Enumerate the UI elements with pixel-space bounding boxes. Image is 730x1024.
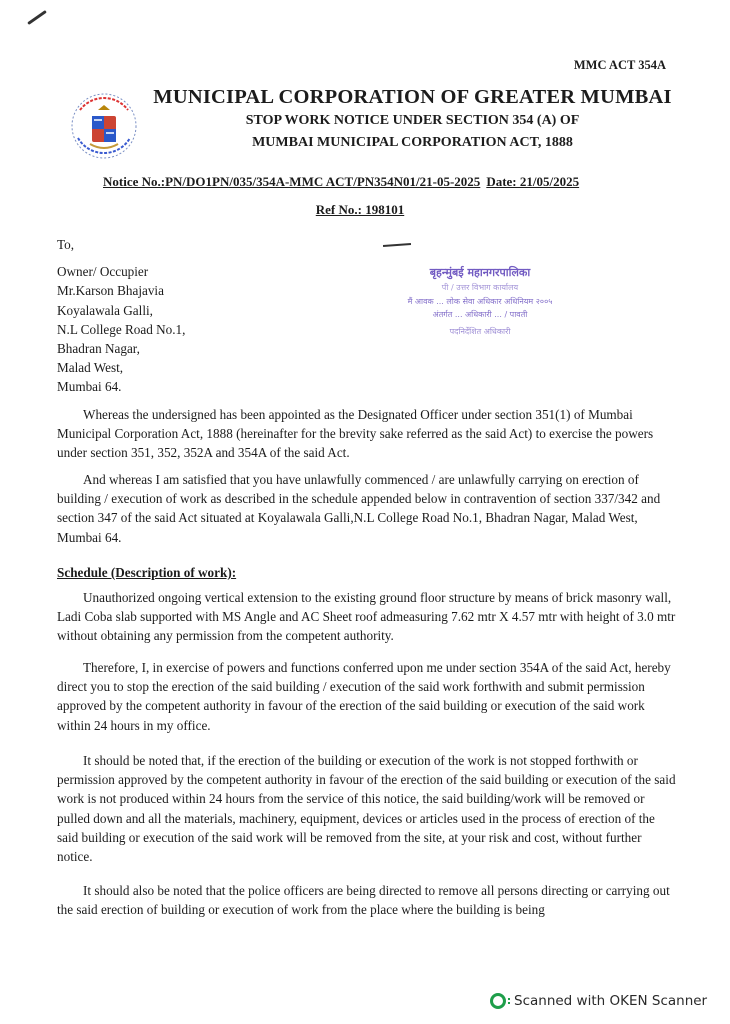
paragraph-text: And whereas I am satisfied that you have… <box>57 470 677 547</box>
address-line: Mumbai 64. <box>57 377 185 396</box>
paragraph-direction: Therefore, I, in exercise of powers and … <box>57 658 677 735</box>
notice-date: Date: 21/05/2025 <box>486 174 579 189</box>
document-header: MUNICIPAL CORPORATION OF GREATER MUMBAI … <box>150 86 675 151</box>
paragraph-consequences: It should be noted that, if the erection… <box>57 751 677 866</box>
oken-scanner-logo-icon <box>490 993 506 1009</box>
paragraph-police: It should also be noted that the police … <box>57 881 677 919</box>
paragraph-text: Whereas the undersigned has been appoint… <box>57 405 677 463</box>
recipient-address: To, Owner/ Occupier Mr.Karson Bhajavia K… <box>57 235 185 397</box>
paragraph-text: It should also be noted that the police … <box>57 881 677 919</box>
signature-mark <box>383 243 411 247</box>
address-line: Mr.Karson Bhajavia <box>57 281 185 300</box>
address-line: Owner/ Occupier <box>57 262 185 281</box>
stamp-line: बृहन्मुंबई महानगरपालिका <box>375 265 585 280</box>
notice-number-line: Notice No.:PN/DO1PN/035/354A-MMC ACT/PN3… <box>103 174 579 190</box>
notice-subtitle: STOP WORK NOTICE UNDER SECTION 354 (A) O… <box>150 113 675 129</box>
address-line: Bhadran Nagar, <box>57 339 185 358</box>
reference-number: Ref No.: 198101 <box>316 202 404 217</box>
schedule-heading: Schedule (Description of work): <box>57 565 236 581</box>
paragraph-text: Therefore, I, in exercise of powers and … <box>57 658 677 735</box>
stamp-line: पी / उत्तर विभाग कार्यालय <box>375 282 585 293</box>
receipt-stamp: बृहन्मुंबई महानगरपालिका पी / उत्तर विभाग… <box>375 265 585 390</box>
reference-line: Ref No.: 198101 <box>0 202 730 218</box>
scanner-watermark: Scanned with OKEN Scanner <box>490 993 707 1009</box>
paragraph-schedule-description: Unauthorized ongoing vertical extension … <box>57 588 677 646</box>
paragraph-appointment: Whereas the undersigned has been appoint… <box>57 405 677 463</box>
paragraph-contravention: And whereas I am satisfied that you have… <box>57 470 677 547</box>
act-subtitle: MUMBAI MUNICIPAL CORPORATION ACT, 1888 <box>150 135 675 151</box>
pen-mark <box>27 10 47 25</box>
paragraph-text: It should be noted that, if the erection… <box>57 751 677 866</box>
address-line: Koyalawala Galli, <box>57 301 185 320</box>
act-reference: MMC ACT 354A <box>574 58 666 73</box>
stamp-line: पदनिर्देशित अधिकारी <box>375 326 585 337</box>
stamp-line: मैं आवक ... लोक सेवा अधिकार अधिनियम २००५ <box>375 296 585 307</box>
notice-number: Notice No.:PN/DO1PN/035/354A-MMC ACT/PN3… <box>103 174 480 189</box>
corporation-title: MUNICIPAL CORPORATION OF GREATER MUMBAI <box>150 86 675 109</box>
address-line: N.L College Road No.1, <box>57 320 185 339</box>
scanner-watermark-text: Scanned with OKEN Scanner <box>514 993 707 1009</box>
paragraph-text: Unauthorized ongoing vertical extension … <box>57 588 677 646</box>
address-line: Malad West, <box>57 358 185 377</box>
stamp-line: अंतर्गत ... अधिकारी ... / पावती <box>375 309 585 320</box>
mcgm-emblem-icon <box>68 88 140 166</box>
address-to: To, <box>57 235 185 254</box>
